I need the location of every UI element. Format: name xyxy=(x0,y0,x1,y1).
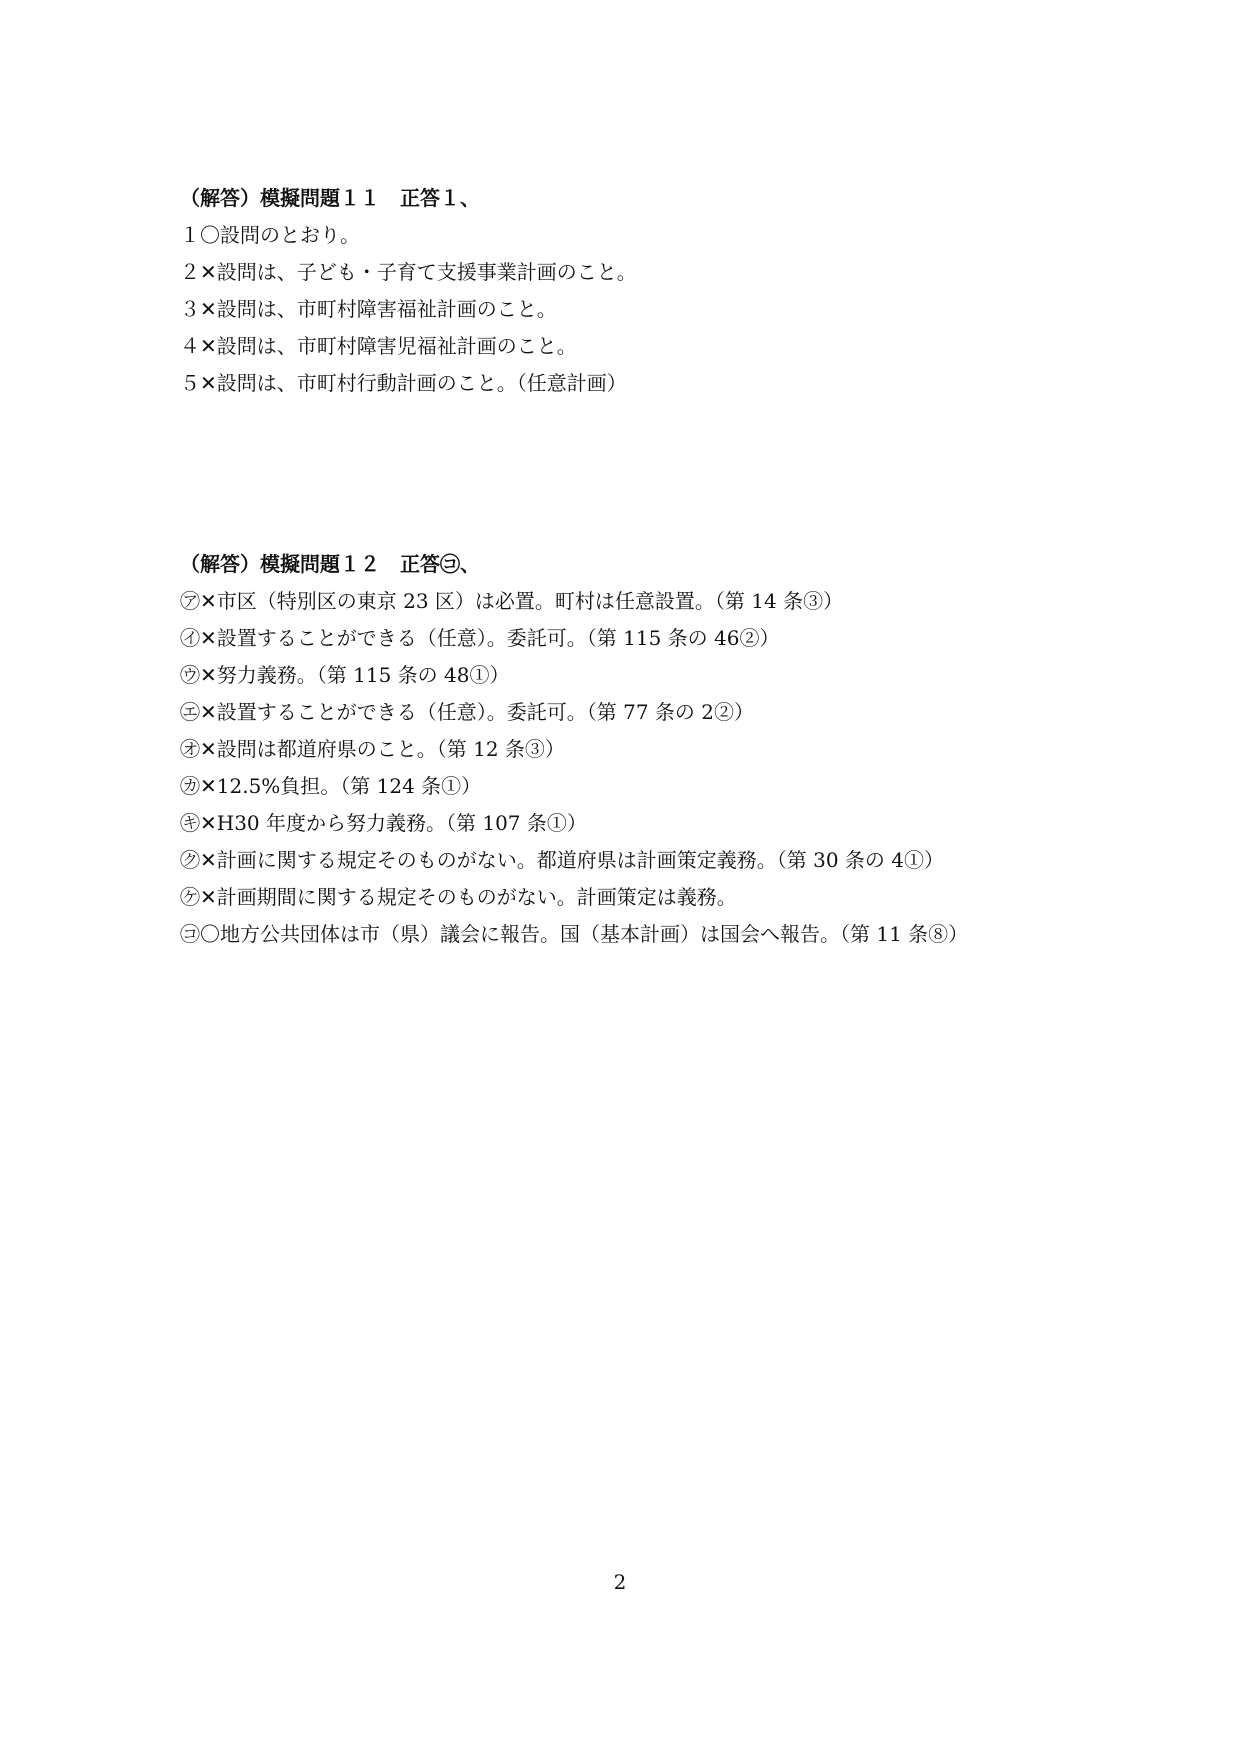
answer-section-12: （解答）模擬問題１２ 正答㋙、 ㋐✕市区（特別区の東京 23 区）は必置。町村は… xyxy=(180,546,1080,953)
answer-line: ３✕設問は、市町村障害福祉計画のこと。 xyxy=(180,291,1080,328)
section-heading: （解答）模擬問題１１ 正答１、 xyxy=(180,180,1080,217)
answer-line: ㋓✕設置することができる（任意）。委託可。（第 77 条の 2②） xyxy=(180,694,1080,731)
answer-line: ㋐✕市区（特別区の東京 23 区）は必置。町村は任意設置。（第 14 条③） xyxy=(180,583,1080,620)
answer-section-11: （解答）模擬問題１１ 正答１、 １〇設問のとおり。 ２✕設問は、子ども・子育て支… xyxy=(180,180,1080,402)
answer-line: ㋕✕12.5%負担。（第 124 条①） xyxy=(180,768,1080,805)
answer-line: ㋗✕計画に関する規定そのものがない。都道府県は計画策定義務。（第 30 条の 4… xyxy=(180,842,1080,879)
answer-line: ２✕設問は、子ども・子育て支援事業計画のこと。 xyxy=(180,254,1080,291)
answer-line: ㋒✕努力義務。（第 115 条の 48①） xyxy=(180,657,1080,694)
answer-line: ㋘✕計画期間に関する規定そのものがない。計画策定は義務。 xyxy=(180,879,1080,916)
answer-line: １〇設問のとおり。 xyxy=(180,217,1080,254)
document-page: （解答）模擬問題１１ 正答１、 １〇設問のとおり。 ２✕設問は、子ども・子育て支… xyxy=(0,0,1240,1754)
answer-line: ４✕設問は、市町村障害児福祉計画のこと。 xyxy=(180,328,1080,365)
answer-line: ５✕設問は、市町村行動計画のこと。（任意計画） xyxy=(180,365,1080,402)
answer-line: ㋔✕設問は都道府県のこと。（第 12 条③） xyxy=(180,731,1080,768)
answer-line: ㋖✕H30 年度から努力義務。（第 107 条①） xyxy=(180,805,1080,842)
answer-line: ㋑✕設置することができる（任意）。委託可。（第 115 条の 46②） xyxy=(180,620,1080,657)
page-number: 2 xyxy=(0,1570,1240,1594)
section-heading: （解答）模擬問題１２ 正答㋙、 xyxy=(180,546,1080,583)
answer-line: ㋙〇地方公共団体は市（県）議会に報告。国（基本計画）は国会へ報告。（第 11 条… xyxy=(180,916,1080,953)
